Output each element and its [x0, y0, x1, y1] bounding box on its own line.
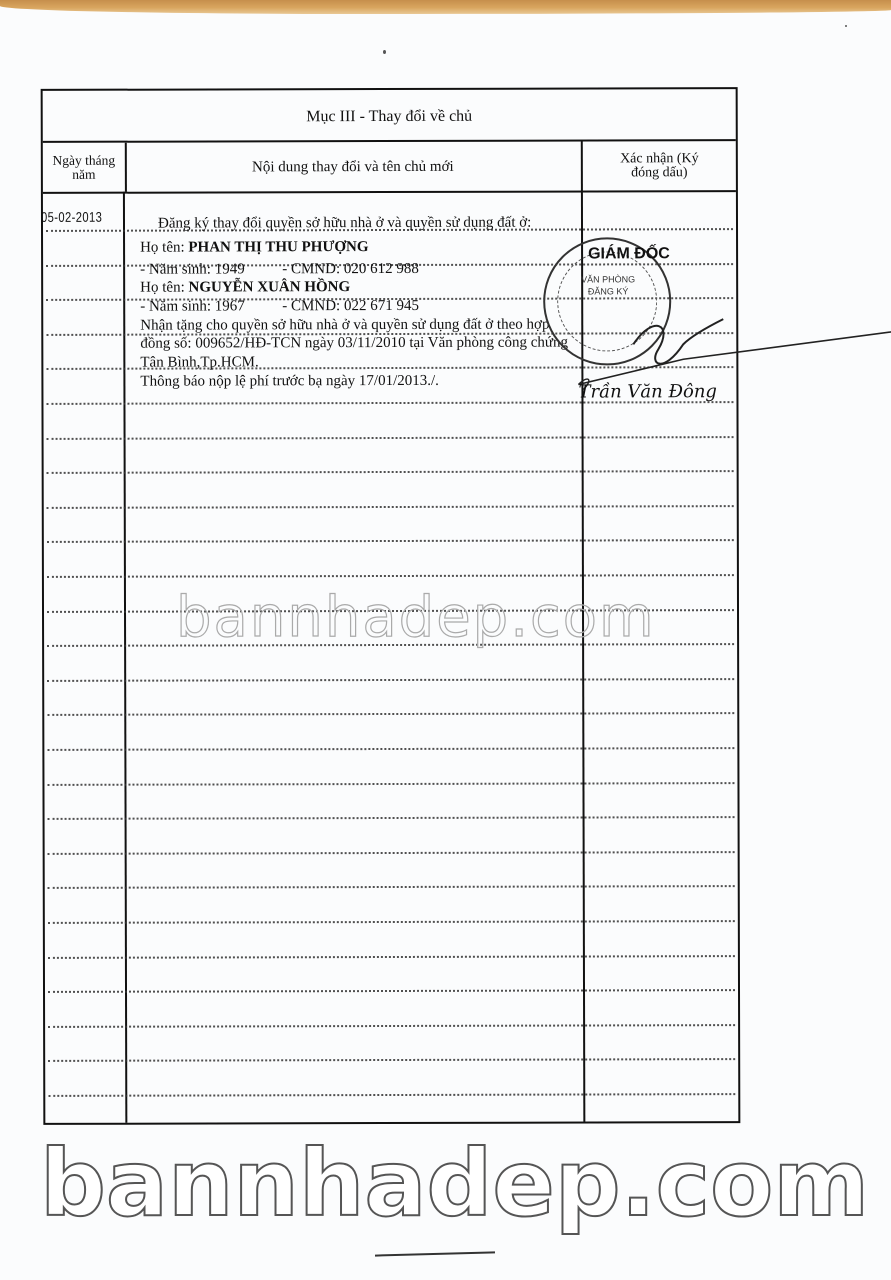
ruled-line: [48, 816, 735, 820]
ruled-line: [48, 885, 735, 889]
ruled-line: [47, 505, 734, 509]
pen-stroke: [375, 1251, 495, 1256]
entry-line: Đăng ký thay đổi quyền sở hữu nhà ở và q…: [158, 214, 531, 233]
header-date: Ngày tháng năm: [43, 143, 127, 192]
director-title: GIÁM ĐỐC: [588, 245, 670, 263]
entry-line: Họ tên: NGUYỄN XUÂN HỒNG: [140, 278, 350, 297]
scan-speck: [845, 25, 847, 27]
watermark-center: bannhadep.com: [176, 585, 656, 650]
ruled-line: [48, 920, 735, 924]
ruled-line: [47, 678, 734, 682]
signer-name: Trần Văn Đông: [578, 381, 717, 402]
ruled-line: [47, 470, 734, 474]
entry-line: đồng số: 009652/HĐ-TCN ngày 03/11/2010 t…: [140, 334, 568, 354]
ruled-line: [47, 436, 734, 440]
scan-speck: [383, 50, 386, 54]
watermark-bottom: bannhadep.com: [40, 1130, 869, 1237]
owner-2-name: NGUYỄN XUÂN HỒNG: [188, 279, 350, 295]
header-content: Nội dung thay đổi và tên chủ mới: [125, 142, 581, 192]
entry-line: Thông báo nộp lệ phí trước bạ ngày 17/01…: [140, 372, 439, 391]
entry-line: Nhận tặng cho quyền sở hữu nhà ở và quyề…: [140, 316, 549, 336]
ruled-line: [48, 1024, 735, 1028]
owner-1-name: PHAN THỊ THU PHƯỢNG: [188, 239, 368, 255]
ruled-line: [47, 574, 734, 578]
ruled-line: [47, 782, 734, 786]
ruled-line: [48, 989, 735, 993]
ruled-line: [47, 747, 734, 751]
column-divider: [123, 192, 127, 1123]
header-confirm: Xác nhận (Ký đóng dấu): [581, 141, 736, 190]
entry-line: Họ tên: PHAN THỊ THU PHƯỢNG: [140, 238, 369, 257]
table-header-row: Ngày tháng năm Nội dung thay đổi và tên …: [43, 141, 736, 194]
entry-line: - Năm sinh: 1949 - CMND: 020 612 988: [140, 260, 419, 279]
ruled-line: [47, 539, 734, 543]
ruled-line: [47, 712, 734, 716]
entry-line: - Năm sinh: 1967 - CMND: 022 671 945: [140, 297, 419, 316]
ruled-line: [48, 851, 735, 855]
scan-top-edge: [0, 0, 891, 14]
ruled-line: [48, 955, 735, 959]
ruled-line: [48, 1058, 735, 1062]
ruled-line: [48, 1093, 735, 1097]
entry-line: Tân Bình,Tp.HCM.: [140, 353, 258, 372]
section-title: Mục III - Thay đổi về chủ: [43, 89, 736, 143]
entry-date: 05-02-2013: [41, 209, 102, 225]
